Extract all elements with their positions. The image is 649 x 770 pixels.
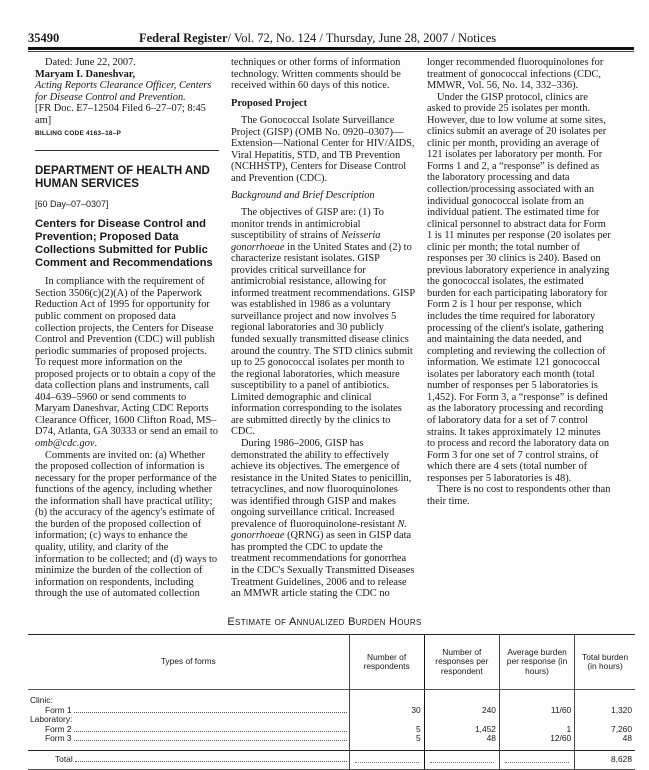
- group-row-clinic: Clinic:: [28, 696, 635, 706]
- fr-doc-line: [FR Doc. E7–12504 Filed 6–27–07; 8:45 am…: [35, 103, 219, 126]
- notice-subject: Centers for Disease Control and Preventi…: [35, 218, 219, 270]
- empty-dots: [430, 756, 494, 763]
- table-title: Estimate of Annualized Burden Hours: [0, 616, 649, 628]
- burden-table: Types of forms Number of respondents Num…: [28, 634, 635, 770]
- form-name: Form 3: [45, 734, 74, 744]
- header-rule-thin: [28, 51, 634, 52]
- total-row: Total 8,628: [28, 750, 635, 769]
- billing-code: BILLING CODE 4163–18–P: [35, 128, 219, 140]
- body-flow: Dated: June 22, 2007.Maryam I. Daneshvar…: [35, 57, 611, 610]
- leader-dots: [74, 712, 347, 713]
- cost-paragraph: There is no cost to respondents other th…: [427, 484, 611, 507]
- protocol-paragraph: Under the GISP protocol, clinics are ask…: [427, 92, 611, 485]
- empty-dots: [355, 756, 419, 763]
- respondents-value: 30: [349, 706, 424, 716]
- background-heading: Background and Brief Description: [231, 190, 415, 202]
- col-header-form-type: Types of forms: [28, 635, 349, 690]
- running-head: Federal Register/ Vol. 72, No. 124 / Thu…: [139, 31, 496, 46]
- responses-value: 240: [424, 706, 499, 716]
- respondents-value: 5: [349, 725, 424, 735]
- empty-dots: [505, 756, 569, 763]
- publication-name: Federal Register: [139, 31, 228, 45]
- group-label: Clinic:: [28, 696, 349, 706]
- email-link[interactable]: omb@cdc.gov: [35, 438, 94, 449]
- header-rule: [28, 47, 634, 50]
- signer-title: Acting Reports Clearance Officer, Center…: [35, 80, 219, 103]
- docket-number: [60 Day–07–0307]: [35, 199, 219, 211]
- signer-name: Maryam I. Daneshvar,: [35, 69, 219, 81]
- group-row-laboratory: Laboratory:: [28, 715, 635, 725]
- table-header-row: Types of forms Number of respondents Num…: [28, 635, 635, 690]
- group-label: Laboratory:: [28, 715, 349, 725]
- page-header: 35490 Federal Register/ Vol. 72, No. 124…: [28, 29, 634, 47]
- col-header-avg-burden: Average burden per response (in hours): [499, 635, 574, 690]
- table-row: Form 3 5 48 12/60 48: [28, 734, 635, 744]
- table-row: Form 2 5 1,452 1 7,260: [28, 725, 635, 735]
- avg-burden-value: 11/60: [499, 706, 574, 716]
- responses-value: 48: [424, 734, 499, 744]
- grand-total-value: 8,628: [575, 750, 635, 769]
- respondents-value: 5: [349, 734, 424, 744]
- table-row: Form 1 30 240 11/60 1,320: [28, 706, 635, 716]
- total-burden-value: 1,320: [575, 706, 635, 716]
- section-divider: [35, 150, 219, 151]
- agency-heading: DEPARTMENT OF HEALTH AND HUMAN SERVICES: [35, 165, 219, 191]
- compliance-paragraph: In compliance with the requirement of Se…: [35, 276, 219, 449]
- proposed-project-heading: Proposed Project: [231, 98, 415, 110]
- page-number: 35490: [28, 31, 59, 46]
- avg-burden-value: 12/60: [499, 734, 574, 744]
- project-paragraph: The Gonococcal Isolate Surveillance Proj…: [231, 115, 415, 184]
- col-header-total-burden: Total burden (in hours): [575, 635, 635, 690]
- objectives-paragraph: The objectives of GISP are: (1) To monit…: [231, 207, 415, 438]
- leader-dots: [75, 761, 347, 762]
- col-header-respondents: Number of respondents: [349, 635, 424, 690]
- total-burden-value: 48: [575, 734, 635, 744]
- col-header-responses: Number of responses per respondent: [424, 635, 499, 690]
- leader-dots: [74, 740, 347, 741]
- issue-info: / Vol. 72, No. 124 / Thursday, June 28, …: [228, 31, 497, 45]
- leader-dots: [74, 731, 347, 732]
- total-label: Total: [55, 755, 75, 765]
- dated-line: Dated: June 22, 2007.: [35, 57, 219, 69]
